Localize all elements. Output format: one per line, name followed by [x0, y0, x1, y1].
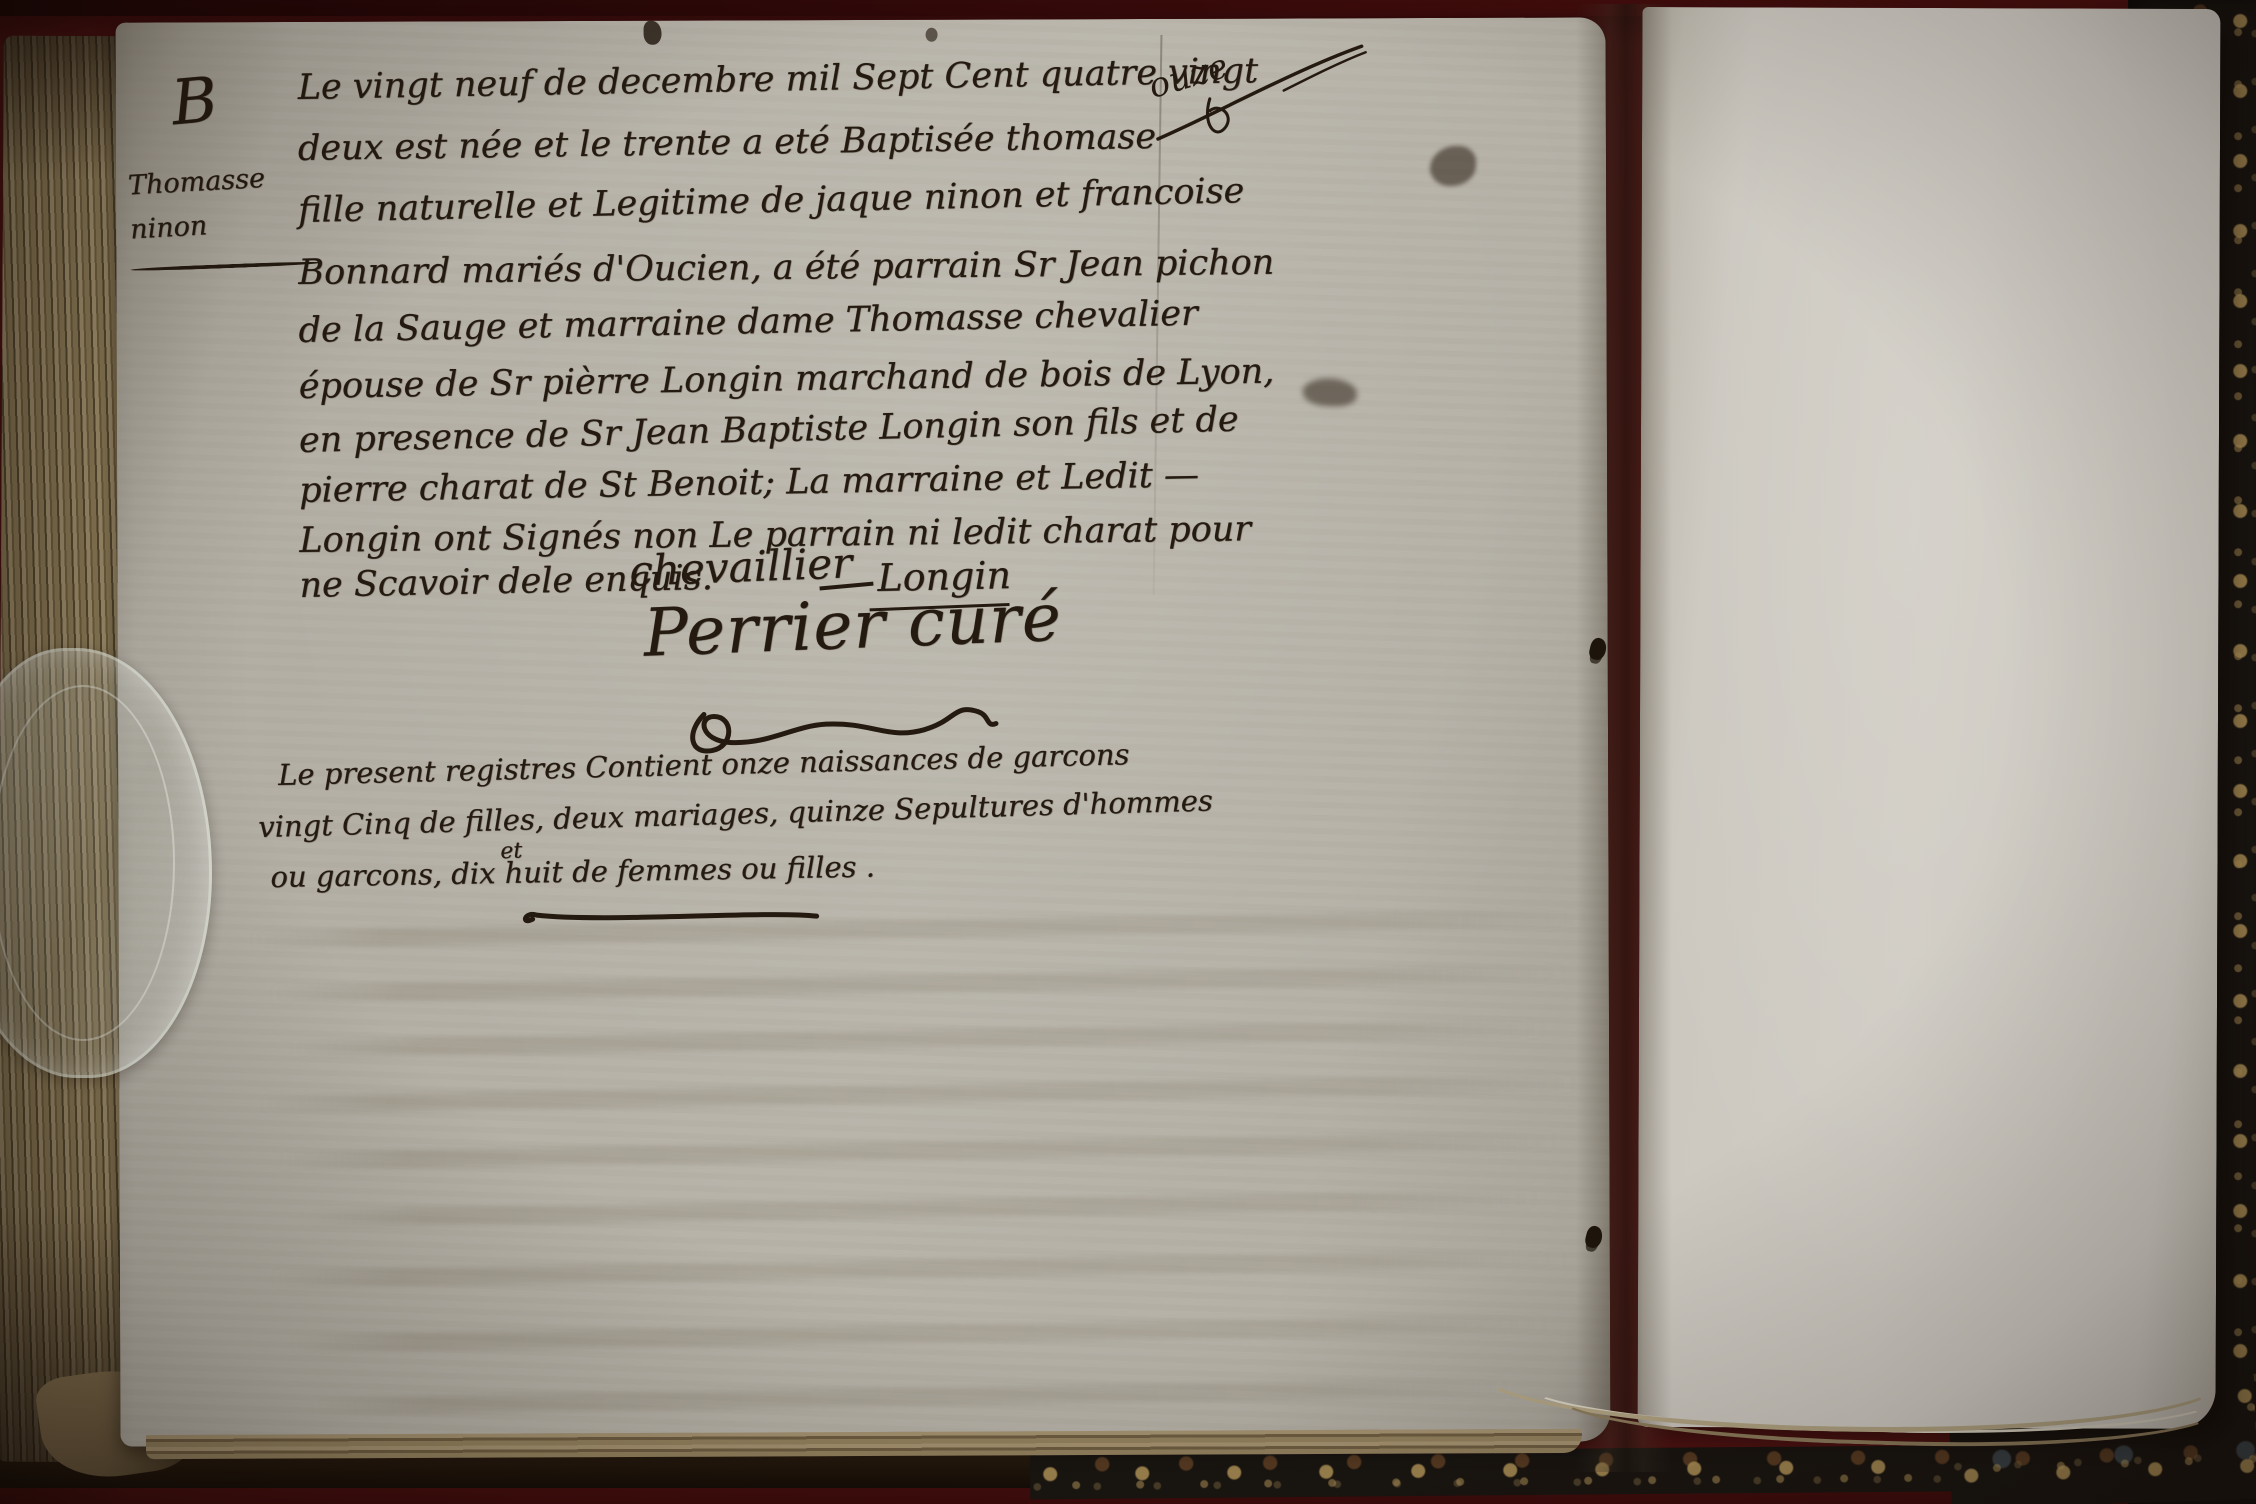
ink-speck-small — [926, 28, 938, 42]
entry-line-4: Bonnard mariés d'Oucien, a été parrain S… — [298, 243, 1274, 293]
showthrough-line — [300, 1190, 1540, 1227]
margin-name-line2: ninon — [129, 210, 208, 245]
signature-priest-perrier-cure: Perrier curé — [642, 579, 1063, 672]
book-gutter — [1576, 4, 1672, 1472]
margin-initial-b: B — [168, 62, 220, 139]
summary-line-2: vingt Cinq de filles, deux mariages, qui… — [258, 783, 1213, 844]
entry-line-7: en presence de Sr Jean Baptiste Longin s… — [299, 400, 1239, 461]
binding-stitch-lower — [1584, 1224, 1605, 1249]
showthrough-line — [269, 965, 1569, 1003]
showthrough-line — [279, 1132, 1559, 1170]
entry-line-2: deux est née et le trente a eté Baptisée… — [298, 117, 1157, 169]
entry-line-5: de la Sauge et marraine dame Thomasse ch… — [298, 294, 1198, 351]
showthrough-line — [290, 1315, 1550, 1353]
folio-annotation: ouze — [1144, 32, 1374, 153]
ink-speck — [644, 21, 662, 45]
entry-line-6: épouse de Sr pièrre Longin marchand de b… — [298, 352, 1274, 407]
right-page-blank — [1638, 7, 2221, 1429]
binding-stitch-upper — [1588, 636, 1609, 661]
manuscript-photo: B Thomasse ninon Le vingt neuf de decemb… — [0, 0, 2256, 1504]
margin-name-line1: Thomasse — [127, 163, 266, 202]
showthrough-line — [249, 909, 1589, 948]
showthrough-line — [310, 1378, 1510, 1415]
folio-annotation-text: ouze — [1144, 46, 1232, 107]
showthrough-line — [289, 1020, 1549, 1058]
entry-line-8: pierre charat de St Benoit; La marraine … — [299, 455, 1199, 511]
ink-smear — [1303, 378, 1357, 406]
summary-interline-insert: et — [500, 838, 523, 864]
showthrough-line — [270, 1250, 1570, 1288]
margin-underline-stroke — [130, 261, 322, 272]
showthrough-line — [259, 1074, 1579, 1113]
entry-line-1: Le vingt neuf de decembre mil Sept Cent … — [297, 51, 1258, 108]
entry-line-3: fille naturelle et Legitime de jaque nin… — [298, 171, 1245, 231]
summary-line-3: ou garcons, dix huit de femmes ou filles… — [270, 850, 875, 895]
ink-blot — [1430, 146, 1476, 186]
left-page: B Thomasse ninon Le vingt neuf de decemb… — [116, 17, 1611, 1446]
